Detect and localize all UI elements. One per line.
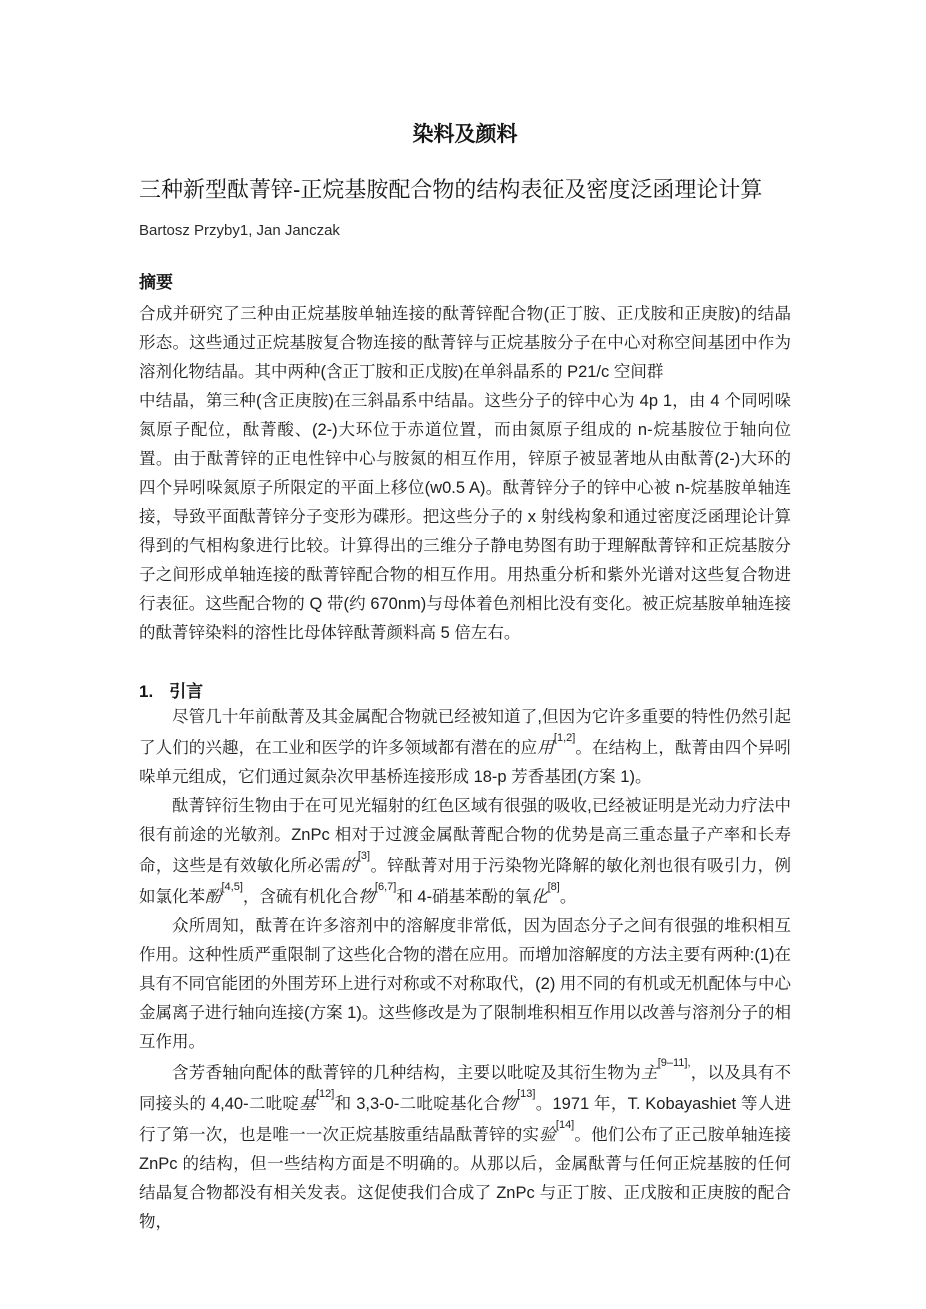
abstract-text: 合成并研究了三种由正烷基胺单轴连接的酞菁锌配合物(正丁胺、正戊胺和正庚胺)的结晶… [139, 300, 791, 648]
journal-title: 染料及颜料 [139, 118, 791, 148]
introduction-heading-title: 引言 [169, 682, 203, 701]
introduction-paragraph-1: 尽管几十年前酞菁及其金属配合物就已经被知道了,但因为它许多重要的特性仍然引起了人… [139, 703, 791, 792]
introduction-heading: 1.引言 [139, 677, 791, 702]
document-content: 染料及颜料 三种新型酞菁锌-正烷基胺配合物的结构表征及密度泛函理论计算 Bart… [139, 0, 791, 1237]
article-title: 三种新型酞菁锌-正烷基胺配合物的结构表征及密度泛函理论计算 [139, 175, 791, 205]
introduction-heading-number: 1. [139, 682, 153, 702]
document-page: 染料及颜料 三种新型酞菁锌-正烷基胺配合物的结构表征及密度泛函理论计算 Bart… [0, 0, 926, 1309]
introduction-paragraph-2: 酞菁锌衍生物由于在可见光辐射的红色区域有很强的吸收,已经被证明是光动力疗法中很有… [139, 792, 791, 912]
introduction-paragraph-3: 众所周知，酞菁在许多溶剂中的溶解度非常低，因为固态分子之间有很强的堆积相互作用。… [139, 912, 791, 1057]
abstract-heading: 摘要 [139, 268, 791, 293]
authors-line: Bartosz Przyby1, Jan Janczak [139, 222, 791, 239]
introduction-paragraph-4: 含芳香轴向配体的酞菁锌的几种结构，主要以吡啶及其衍生物为主[9–11],，以及具… [139, 1057, 791, 1237]
